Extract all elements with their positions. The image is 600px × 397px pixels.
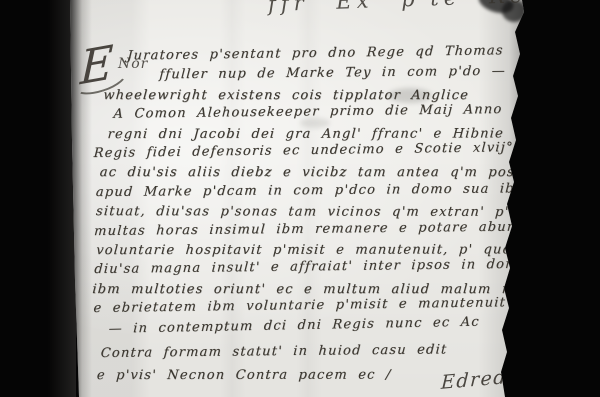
manuscript-line: multas horas insimul ibm remanere e pota… [88, 217, 519, 241]
manuscript-line: apud Marke p'dcam in com p'dco in domo s… [87, 179, 518, 202]
manuscript-line: ffuller nup de Marke Tey in com p'do — [87, 62, 518, 86]
photo-background: ffr Ex p'te Rege E Nor Juratores p'senta… [0, 0, 600, 397]
manuscript-line: A Comon Alehousekeeper primo die Maij An… [87, 100, 518, 125]
manuscript-line: Contra formam statut' in huiod casu edit [88, 339, 519, 363]
manuscript-line: diu'sa magna insult' e affraiat' inter i… [88, 255, 519, 280]
manuscript-text-block: Juratores p'sentant pro dno Rege qd Thom… [87, 45, 519, 386]
manuscript-page: ffr Ex p'te Rege E Nor Juratores p'senta… [0, 0, 600, 397]
